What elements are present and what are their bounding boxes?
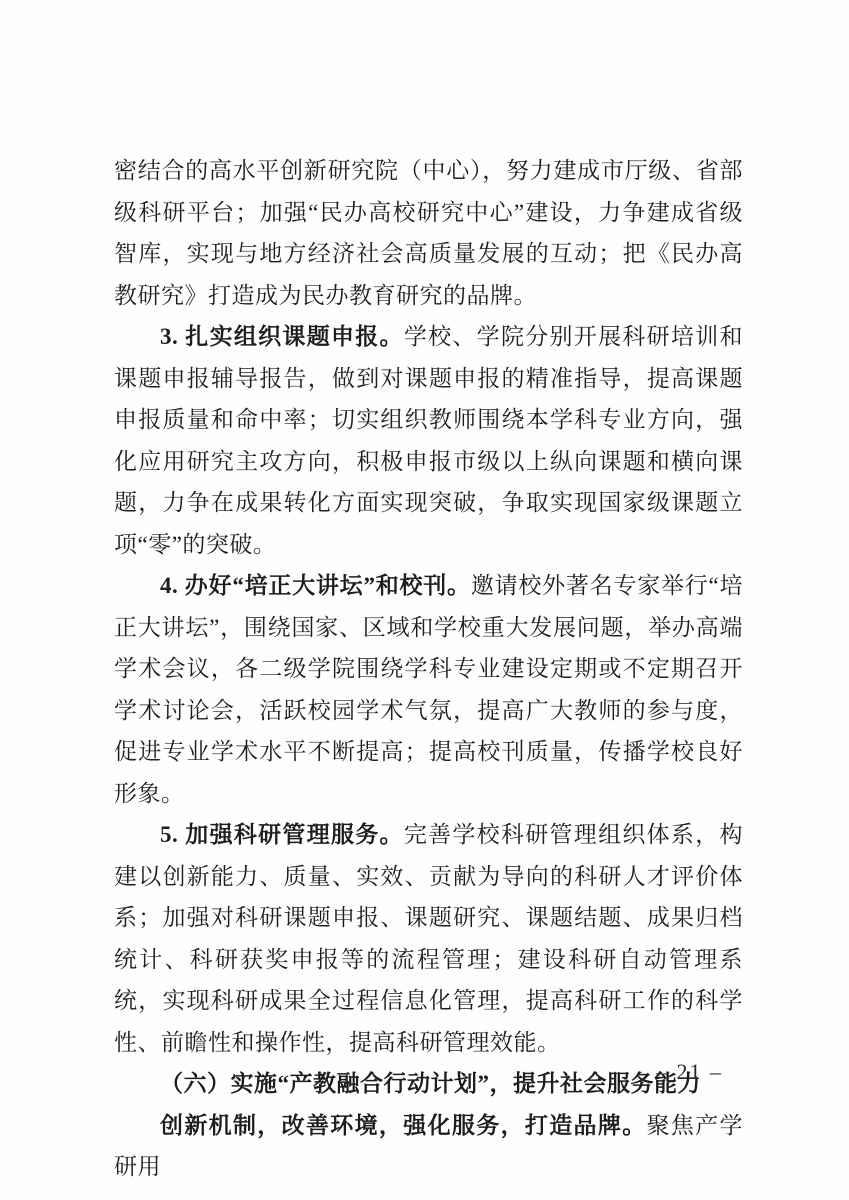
paragraph-text: 密结合的高水平创新研究院（中心），努力建成市厅级、省部级科研平台；加强“民办高校… <box>114 158 743 308</box>
paragraph-innovation-mechanism: 创新机制，改善环境，强化服务，打造品牌。聚焦产学研用 <box>114 1105 743 1188</box>
paragraph-lead: 4. 办好“培正大讲坛”和校刊。 <box>160 573 471 598</box>
paragraph-4-lecture-forum: 4. 办好“培正大讲坛”和校刊。邀请校外著名专家举行“培正大讲坛”，围绕国家、区… <box>114 565 743 814</box>
paragraph-research-platform: 密结合的高水平创新研究院（中心），努力建成市厅级、省部级科研平台；加强“民办高校… <box>114 150 743 316</box>
page-body: 密结合的高水平创新研究院（中心），努力建成市厅级、省部级科研平台；加强“民办高校… <box>114 150 743 1188</box>
document-page: { "page": { "background": "#fefefe", "te… <box>0 0 849 1200</box>
paragraph-5-research-management: 5. 加强科研管理服务。完善学校科研管理组织体系，构建以创新能力、质量、实效、贡… <box>114 814 743 1063</box>
paragraph-text: 学校、学院分别开展科研培训和课题申报辅导报告，做到对课题申报的精准指导，提高课题… <box>114 324 743 557</box>
paragraph-text: 邀请校外著名专家举行“培正大讲坛”，围绕国家、区域和学校重大发展问题，举办高端学… <box>114 573 743 806</box>
paragraph-lead: 3. 扎实组织课题申报。 <box>160 324 404 349</box>
paragraph-text: 完善学校科研管理组织体系，构建以创新能力、质量、实效、贡献为导向的科研人才评价体… <box>114 822 743 1055</box>
page-background: 密结合的高水平创新研究院（中心），努力建成市厅级、省部级科研平台；加强“民办高校… <box>0 0 849 1200</box>
page-number: – 21 – <box>114 1058 743 1086</box>
paragraph-lead: 创新机制，改善环境，强化服务，打造品牌。 <box>160 1113 647 1138</box>
paragraph-lead: 5. 加强科研管理服务。 <box>160 822 404 847</box>
paragraph-3-topic-application: 3. 扎实组织课题申报。学校、学院分别开展科研培训和课题申报辅导报告，做到对课题… <box>114 316 743 565</box>
